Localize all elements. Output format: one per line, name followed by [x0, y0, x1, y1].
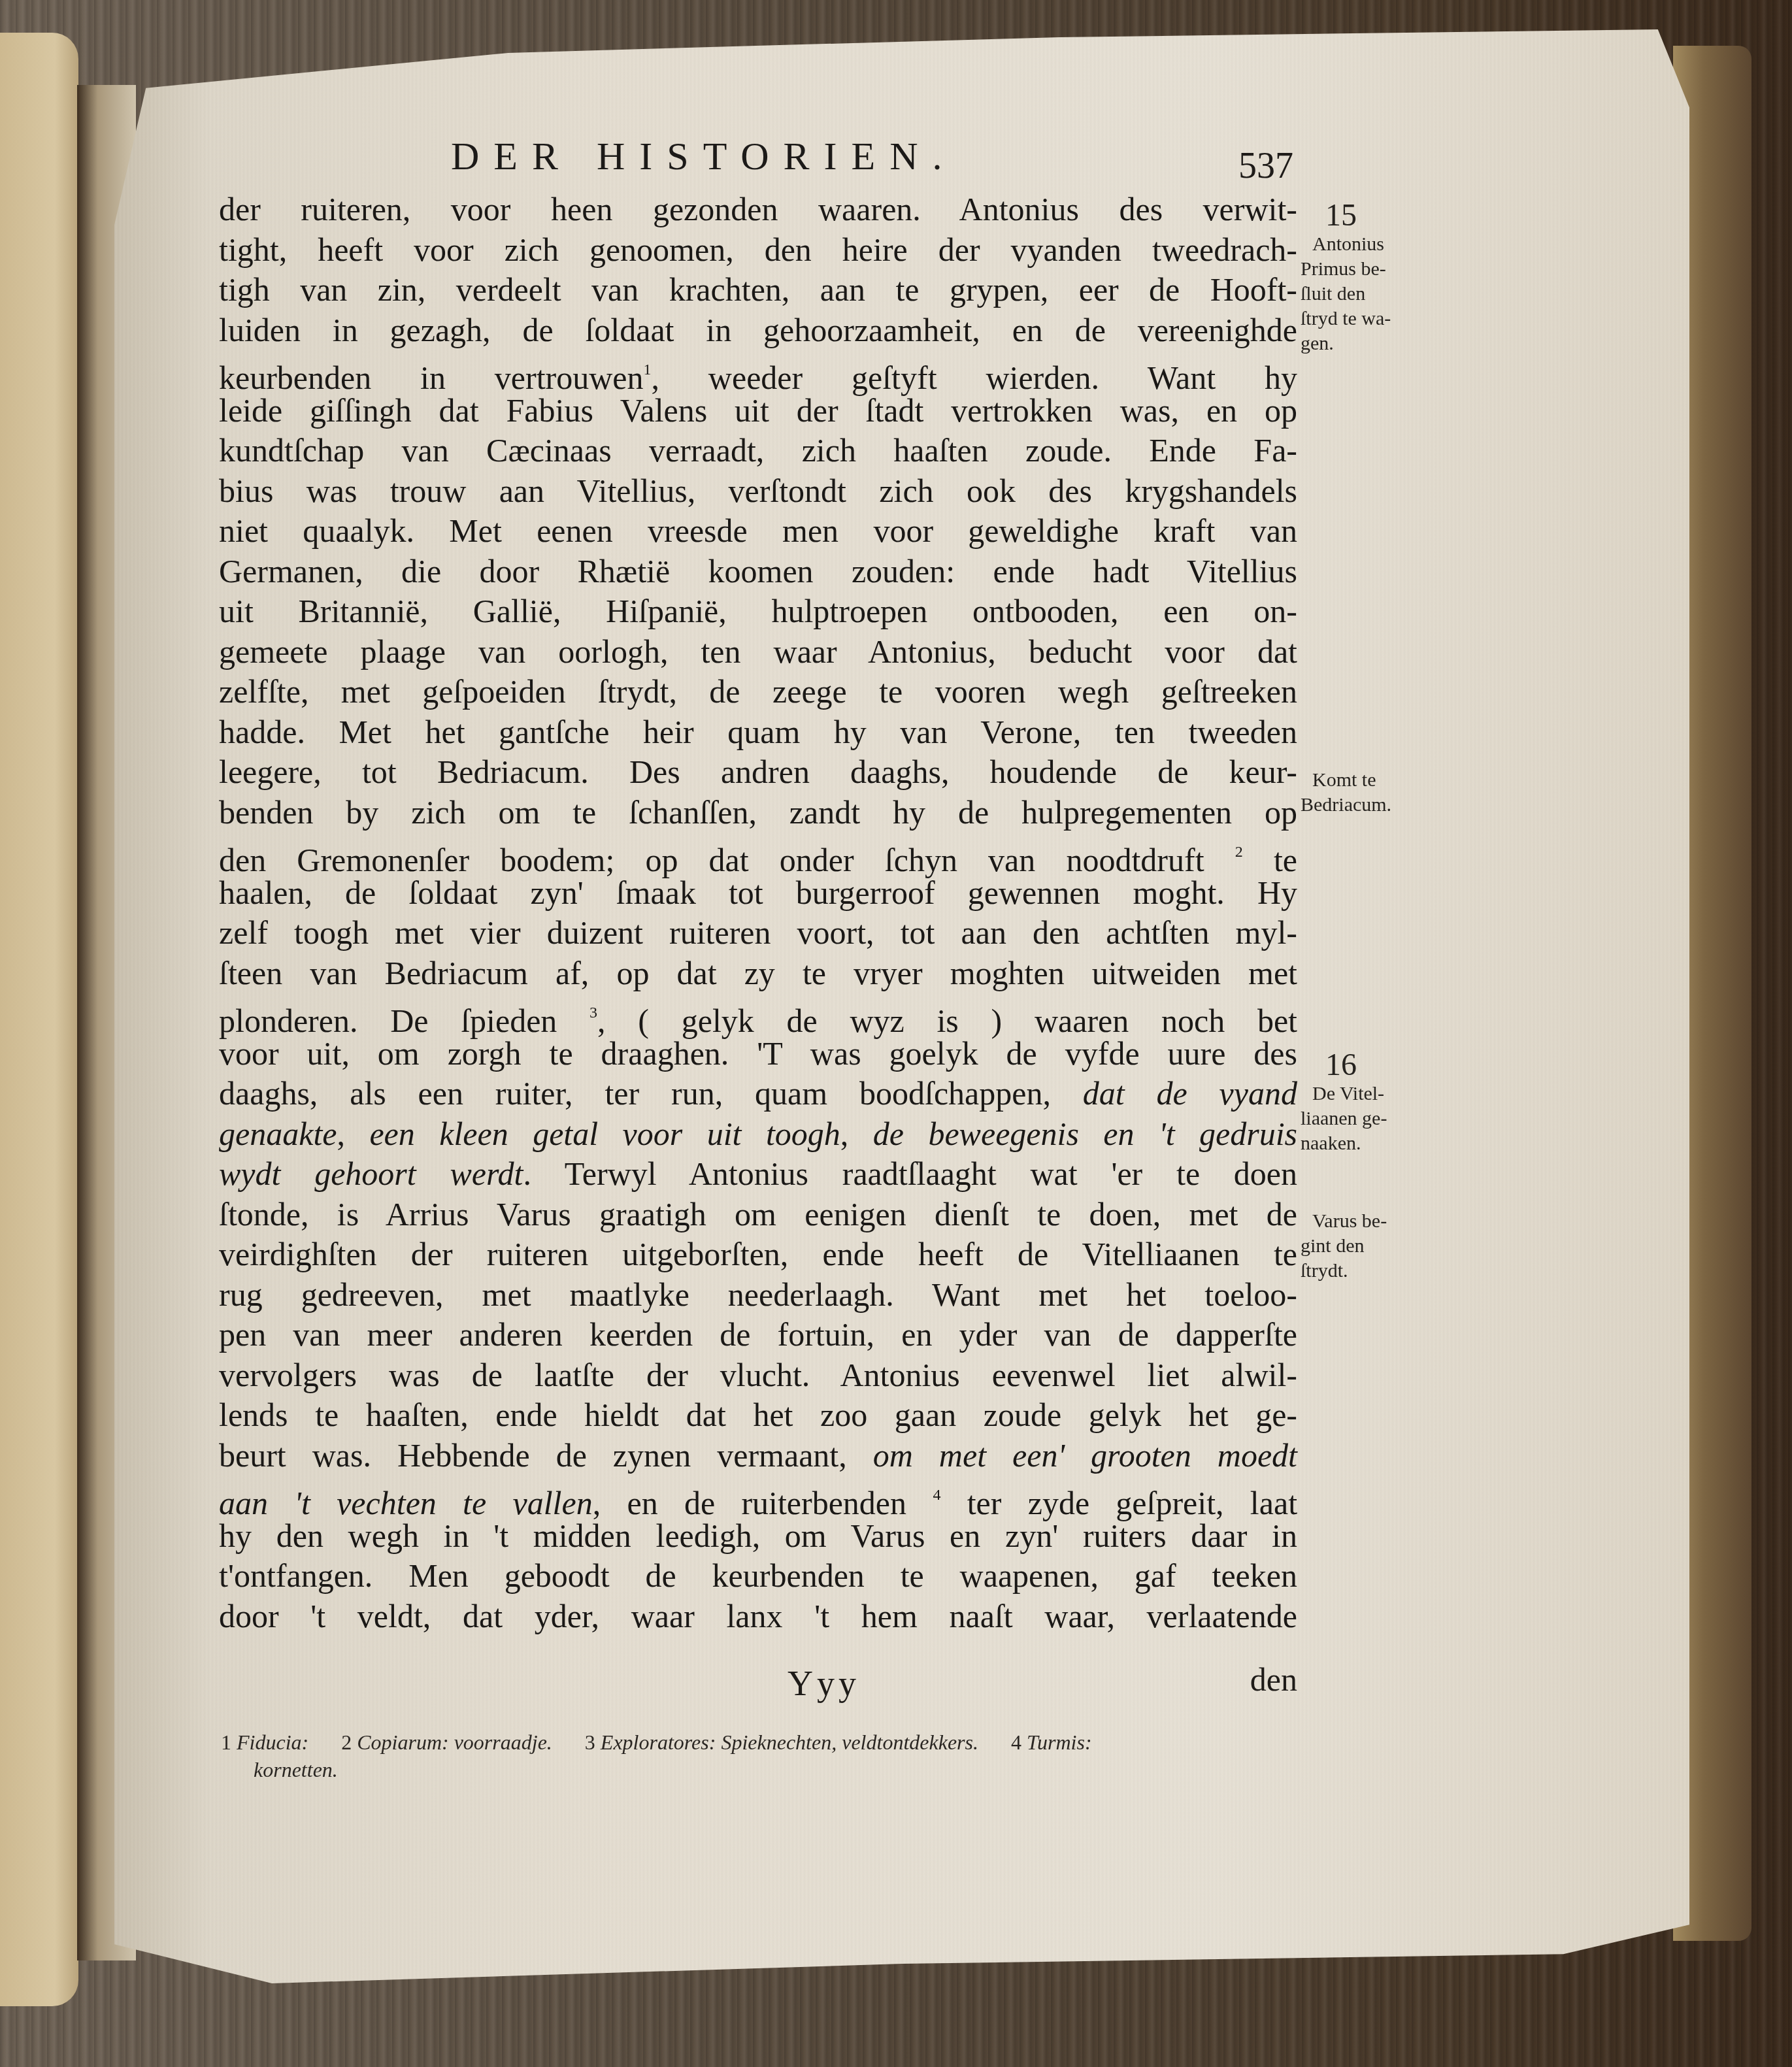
footnote-number: 3 [585, 1730, 595, 1754]
footnote-ref[interactable]: 2 [1235, 844, 1243, 861]
footnote-number: 1 [221, 1730, 231, 1754]
body-text: der ruiteren, voor heen gezonden waaren.… [219, 190, 1297, 1636]
text-line: kundtſchap van Cæcinaas verraadt, zich h… [219, 431, 1297, 471]
text-line: gemeete plaage van oorlogh, ten waar Ant… [219, 632, 1297, 672]
footnote-term: Fiducia: [237, 1730, 308, 1754]
text-line: rug gedreeven, met maatlyke neederlaagh.… [219, 1275, 1297, 1315]
footnote-gloss: voorraadje. [454, 1730, 552, 1754]
text-line: zelfſte, met geſpoeiden ſtrydt, de zeege… [219, 672, 1297, 712]
text-line: bius was trouw aan Vitellius, verſtondt … [219, 471, 1297, 512]
text-line: zelf toogh met vier duizent ruiteren voo… [219, 913, 1297, 953]
footnote-term: Turmis: [1027, 1730, 1092, 1754]
text-line: leegere, tot Bedriacum. Des andren daagh… [219, 752, 1297, 793]
text-line: voor uit, om zorgh te draaghen. 'T was g… [219, 1034, 1297, 1074]
margin-note-16: 16 De Vitel- liaanen ge- naaken. [1301, 1049, 1431, 1156]
footnote-number: 4 [1011, 1730, 1021, 1754]
margin-note-bedriacum: Komt te Bedriacum. [1301, 768, 1431, 818]
text-line: uit Britannië, Gallië, Hiſpanië, hulptro… [219, 591, 1297, 632]
page-number: 537 [1238, 145, 1293, 187]
text-line: ſtonde, is Arrius Varus graatigh om eeni… [219, 1195, 1297, 1235]
text-line: genaakte, een kleen getal voor uit toogh… [219, 1114, 1297, 1155]
text-line: vervolgers was de laatſte der vlucht. An… [219, 1355, 1297, 1396]
text-line: beurt was. Hebbende de zynen vermaant, o… [219, 1436, 1297, 1476]
margin-note-varus: Varus be- gint den ſtrydt. [1301, 1209, 1431, 1283]
text-line: t'ontfangen. Men geboodt de keurbenden t… [219, 1556, 1297, 1596]
page-foot: Yyy den [219, 1663, 1297, 1709]
text-line: wydt gehoort werdt. Terwyl Antonius raad… [219, 1154, 1297, 1195]
footnote-term: Exploratores: [601, 1730, 716, 1754]
footnote-number: 2 [341, 1730, 352, 1754]
text-line: niet quaalyk. Met eenen vreesde men voor… [219, 511, 1297, 552]
section-number: 15 [1301, 199, 1431, 232]
text-line: veirdighſten der ruiteren uitgeborſten, … [219, 1234, 1297, 1275]
catchword: den [1250, 1661, 1297, 1698]
text-line: aan 't vechten te vallen, en de ruiterbe… [219, 1476, 1297, 1516]
text-line: hy den wegh in 't midden leedigh, om Var… [219, 1516, 1297, 1557]
text-line: ſteen van Bedriacum af, op dat zy te vry… [219, 953, 1297, 994]
footnote-ref[interactable]: 4 [933, 1487, 940, 1504]
footnote-ref[interactable]: 3 [589, 1004, 597, 1021]
text-line: tigh van zin, verdeelt van krachten, aan… [219, 270, 1297, 310]
text-line: den Gremonenſer boodem; op dat onder ſch… [219, 833, 1297, 873]
text-line: luiden in gezagh, de ſoldaat in gehoorza… [219, 310, 1297, 351]
footnote-ref[interactable]: 1 [644, 361, 652, 378]
text-line: keurbenden in vertrouwen1, weeder geſtyf… [219, 350, 1297, 391]
text-line: benden by zich om te ſchanſſen, zandt hy… [219, 793, 1297, 833]
signature-mark: Yyy [788, 1663, 860, 1704]
footnote-gloss: Spieknechten, veldtontdekkers. [721, 1730, 978, 1754]
text-line: daaghs, als een ruiter, ter run, quam bo… [219, 1074, 1297, 1114]
text-line: hadde. Met het gantſche heir quam hy van… [219, 712, 1297, 753]
margin-note-15: 15 Antonius Primus be- ſluit den ſtryd t… [1301, 199, 1431, 356]
running-head: DER HISTORIEN. [451, 134, 957, 179]
footnote-gloss: kornetten. [221, 1756, 1306, 1783]
text-line: plonderen. De ſpieden 3, ( gelyk de wyz … [219, 993, 1297, 1034]
left-page-edge [0, 33, 78, 2006]
text-line: pen van meer anderen keerden de fortuin,… [219, 1315, 1297, 1355]
text-line: Germanen, die door Rhætië koomen zouden:… [219, 552, 1297, 592]
text-line: leide giſſingh dat Fabius Valens uit der… [219, 391, 1297, 431]
text-line: der ruiteren, voor heen gezonden waaren.… [219, 190, 1297, 230]
footnotes: 1Fiducia: 2Copiarum:voorraadje. 3Explora… [221, 1728, 1306, 1783]
text-line: door 't veldt, dat yder, waar lanx 't he… [219, 1596, 1297, 1637]
text-line: haalen, de ſoldaat zyn' ſmaak tot burger… [219, 873, 1297, 914]
text-line: lends te haaſten, ende hieldt dat het zo… [219, 1395, 1297, 1436]
section-number: 16 [1301, 1049, 1431, 1082]
footnote-term: Copiarum: [357, 1730, 448, 1754]
text-line: tight, heeft voor zich genoomen, den hei… [219, 230, 1297, 271]
